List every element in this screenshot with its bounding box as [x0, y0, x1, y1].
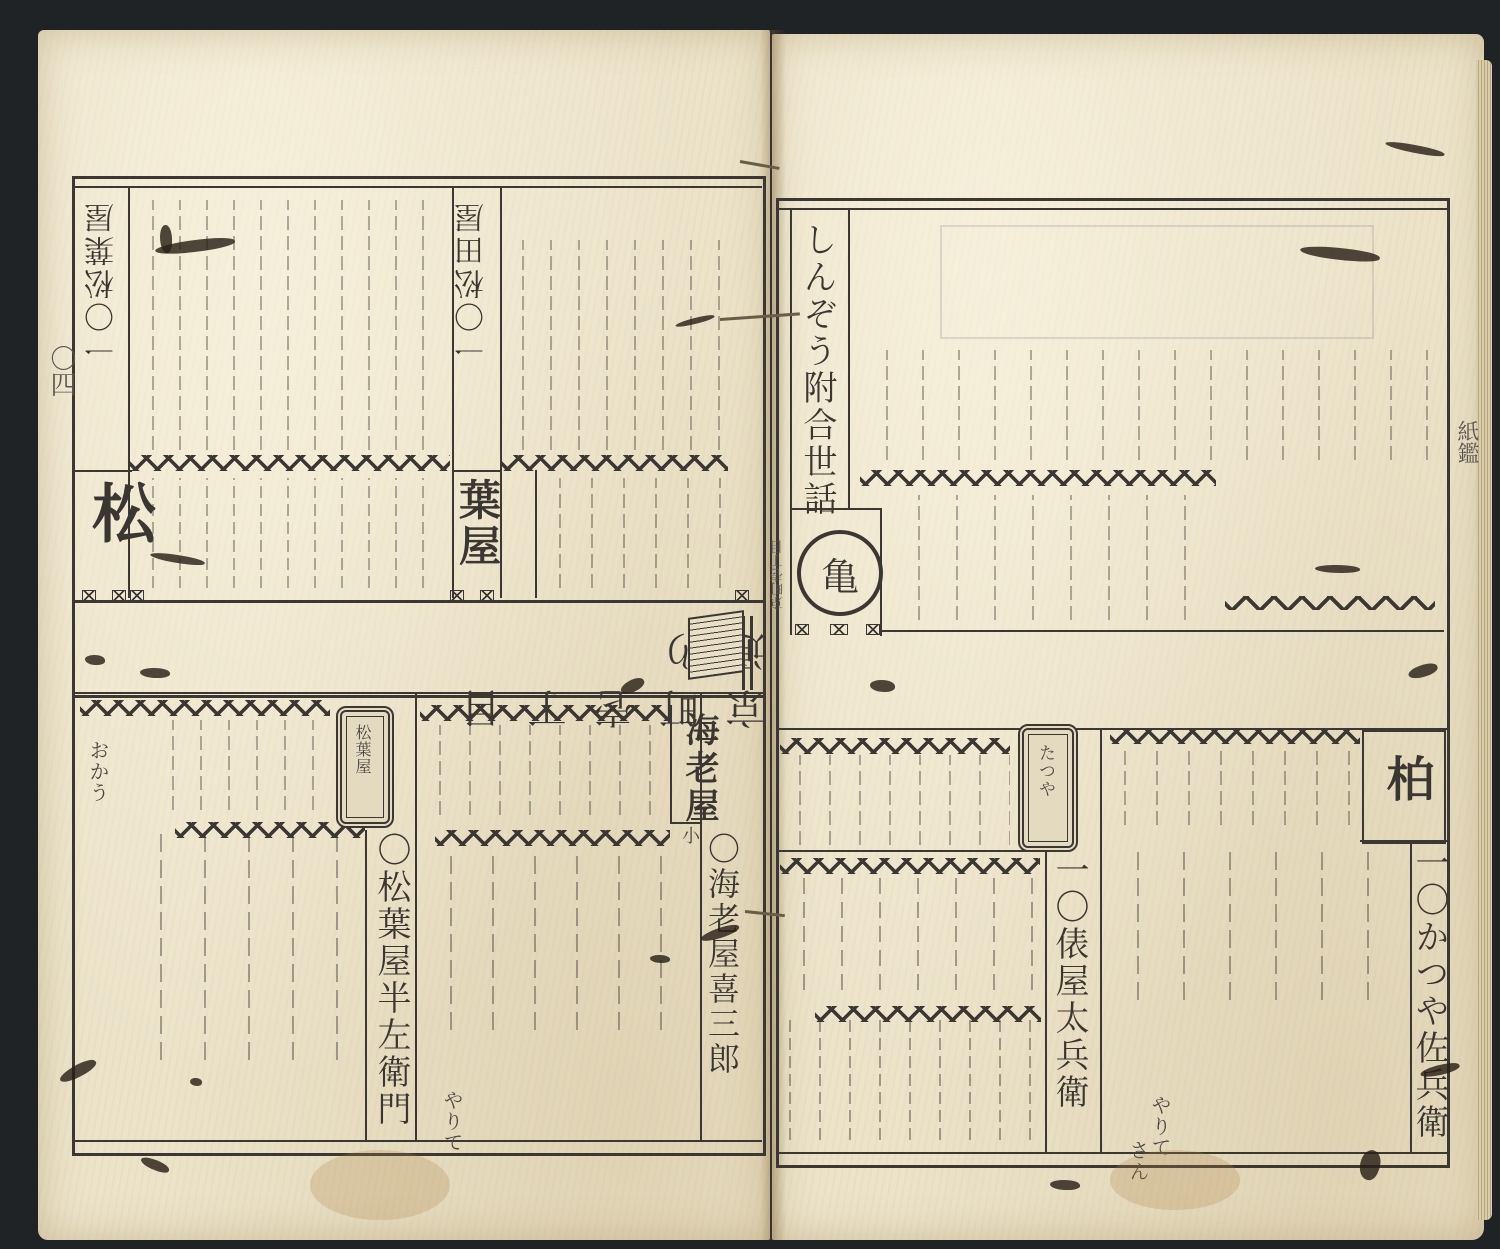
text-columns-block	[430, 850, 690, 1030]
ebiya-proprietor: 〇海老屋喜三郎	[706, 832, 738, 1077]
wormhole-damage	[870, 680, 895, 692]
page-stack-edge	[1476, 60, 1492, 1220]
katsuya-proprietor: 一〇かつや佐兵衛	[1412, 845, 1446, 1141]
house-label-box: 柏	[1362, 730, 1446, 844]
right-upper-hrule	[880, 630, 1444, 632]
kame-crest: 亀	[797, 530, 883, 616]
left-upper-hrule	[72, 470, 132, 472]
text-columns-block	[510, 240, 725, 450]
zigzag-border	[420, 705, 670, 721]
note-okau: おかう	[88, 740, 108, 803]
note-small: 小	[680, 826, 698, 845]
left-lower-divider	[365, 830, 367, 1142]
left-lower-divider	[670, 705, 672, 823]
gate-post	[742, 616, 745, 690]
right-bottom-rule	[776, 1152, 1448, 1154]
left-bottom-rule	[72, 1140, 762, 1142]
gate-illustration	[680, 606, 755, 690]
corner-ornament	[830, 624, 848, 635]
matsubaya-proprietor: 〇松葉屋半左衛門	[374, 832, 408, 1128]
ghost-text-bleedthrough	[940, 225, 1374, 339]
text-columns-block	[140, 478, 440, 588]
right-lower-hrule	[776, 850, 1046, 852]
text-columns-block	[545, 478, 745, 588]
right-lower-divider	[1100, 728, 1102, 1153]
left-margin-label: 〇四	[48, 345, 74, 397]
zigzag-border	[1225, 596, 1435, 610]
wormhole-damage	[650, 955, 670, 963]
corner-ornament	[795, 624, 809, 635]
crest-glyph: 亀	[801, 546, 879, 601]
right-side-small: 京町壱丁目	[770, 540, 784, 610]
wormhole-damage	[160, 225, 172, 253]
left-top-rule	[72, 186, 762, 188]
note-yarite: やりて	[1150, 1095, 1170, 1158]
cartouche-label: 松葉屋	[354, 724, 370, 775]
right-vertical-title: しんぞう附合世話	[800, 222, 834, 518]
right-margin-label: 紙鑑	[1455, 420, 1477, 464]
text-columns-block	[785, 870, 1035, 990]
text-columns-block	[140, 200, 440, 450]
tatsuya-cartouche: たつや	[1018, 724, 1078, 852]
zigzag-border	[502, 455, 728, 471]
text-columns-block	[785, 755, 1010, 845]
zigzag-border	[435, 830, 670, 846]
kashiwa-label: 柏	[1382, 754, 1430, 806]
right-upper-divider	[848, 210, 850, 510]
zigzag-border	[80, 700, 330, 716]
note-yarite: やりて	[442, 1090, 462, 1153]
left-lower-hrule	[75, 692, 763, 694]
right-lower-divider	[1045, 850, 1047, 1153]
zigzag-border	[780, 738, 1010, 754]
water-stain	[310, 1150, 450, 1220]
gate-post	[750, 616, 753, 690]
house-title-column: 一〇松葉屋	[88, 200, 118, 365]
cartouche-label: たつや	[1036, 744, 1053, 798]
text-columns-block	[1110, 745, 1355, 825]
wormhole-damage	[190, 1078, 202, 1086]
left-lower-divider	[415, 692, 417, 1142]
gate-roof	[688, 610, 744, 680]
corner-ornament	[866, 624, 880, 635]
wormhole-damage	[85, 655, 105, 665]
text-columns-block	[160, 720, 330, 810]
right-top-rule	[776, 208, 1448, 210]
ebiya-label: 海老屋	[682, 712, 716, 826]
right-upper-divider	[790, 210, 792, 635]
street-banner: 京町壱丁目通り	[75, 600, 765, 698]
large-second-name: 葉屋	[456, 478, 498, 570]
text-columns-block	[425, 725, 665, 815]
zigzag-border	[130, 455, 450, 471]
left-upper-hrule	[452, 470, 502, 472]
water-stain	[1110, 1150, 1240, 1210]
second-house-title: 一〇松田屋	[458, 200, 488, 365]
text-columns-block	[775, 1020, 1035, 1140]
text-columns-block	[900, 495, 1220, 620]
zigzag-border	[860, 470, 1216, 486]
matsubaya-cartouche: 松葉屋	[336, 706, 394, 828]
text-columns-block	[1115, 850, 1400, 1000]
text-columns-block	[870, 350, 1430, 460]
text-columns-block	[140, 830, 360, 1060]
zigzag-border	[1110, 728, 1360, 744]
left-upper-divider	[535, 470, 537, 598]
tawaraya-proprietor: 一〇俵屋太兵衛	[1052, 852, 1086, 1111]
